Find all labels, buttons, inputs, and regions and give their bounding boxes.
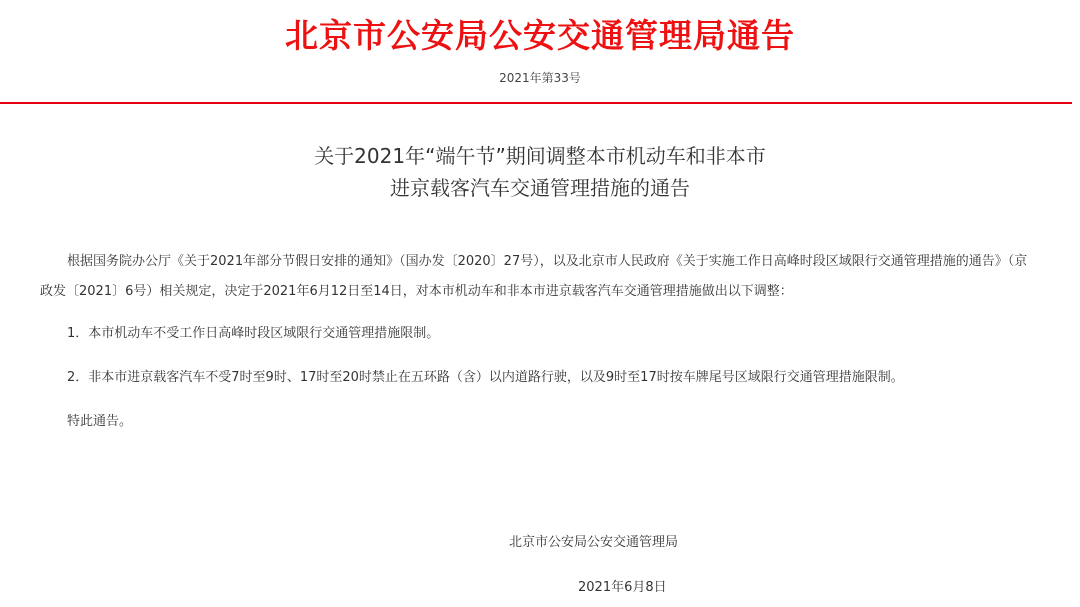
masthead: 北京市公安局公安交通管理局通告 [0, 14, 1080, 58]
document-number: 2021年第33号 [0, 70, 1080, 86]
notice-body: 根据国务院办公厅《关于2021年部分节假日安排的通知》（国办发〔2020〕27号… [40, 247, 1040, 451]
paragraph-closing: 特此通告。 [40, 407, 1040, 437]
notice-title: 关于2021年“端午节”期间调整本市机动车和非本市 进京载客汽车交通管理措施的通… [0, 140, 1080, 204]
paragraph-item-2: 2．非本市进京载客汽车不受7时至9时、17时至20时禁止在五环路（含）以内道路行… [40, 363, 1040, 393]
notice-title-line-1: 关于2021年“端午节”期间调整本市机动车和非本市 [0, 140, 1080, 172]
issue-date: 2021年6月8日 [578, 576, 667, 595]
paragraph-intro: 根据国务院办公厅《关于2021年部分节假日安排的通知》（国办发〔2020〕27号… [40, 247, 1040, 307]
paragraph-item-1: 1．本市机动车不受工作日高峰时段区域限行交通管理措施限制。 [40, 319, 1040, 349]
notice-title-line-2: 进京载客汽车交通管理措施的通告 [0, 172, 1080, 204]
issuer-signature: 北京市公安局公安交通管理局 [509, 531, 678, 550]
red-divider [0, 102, 1072, 104]
